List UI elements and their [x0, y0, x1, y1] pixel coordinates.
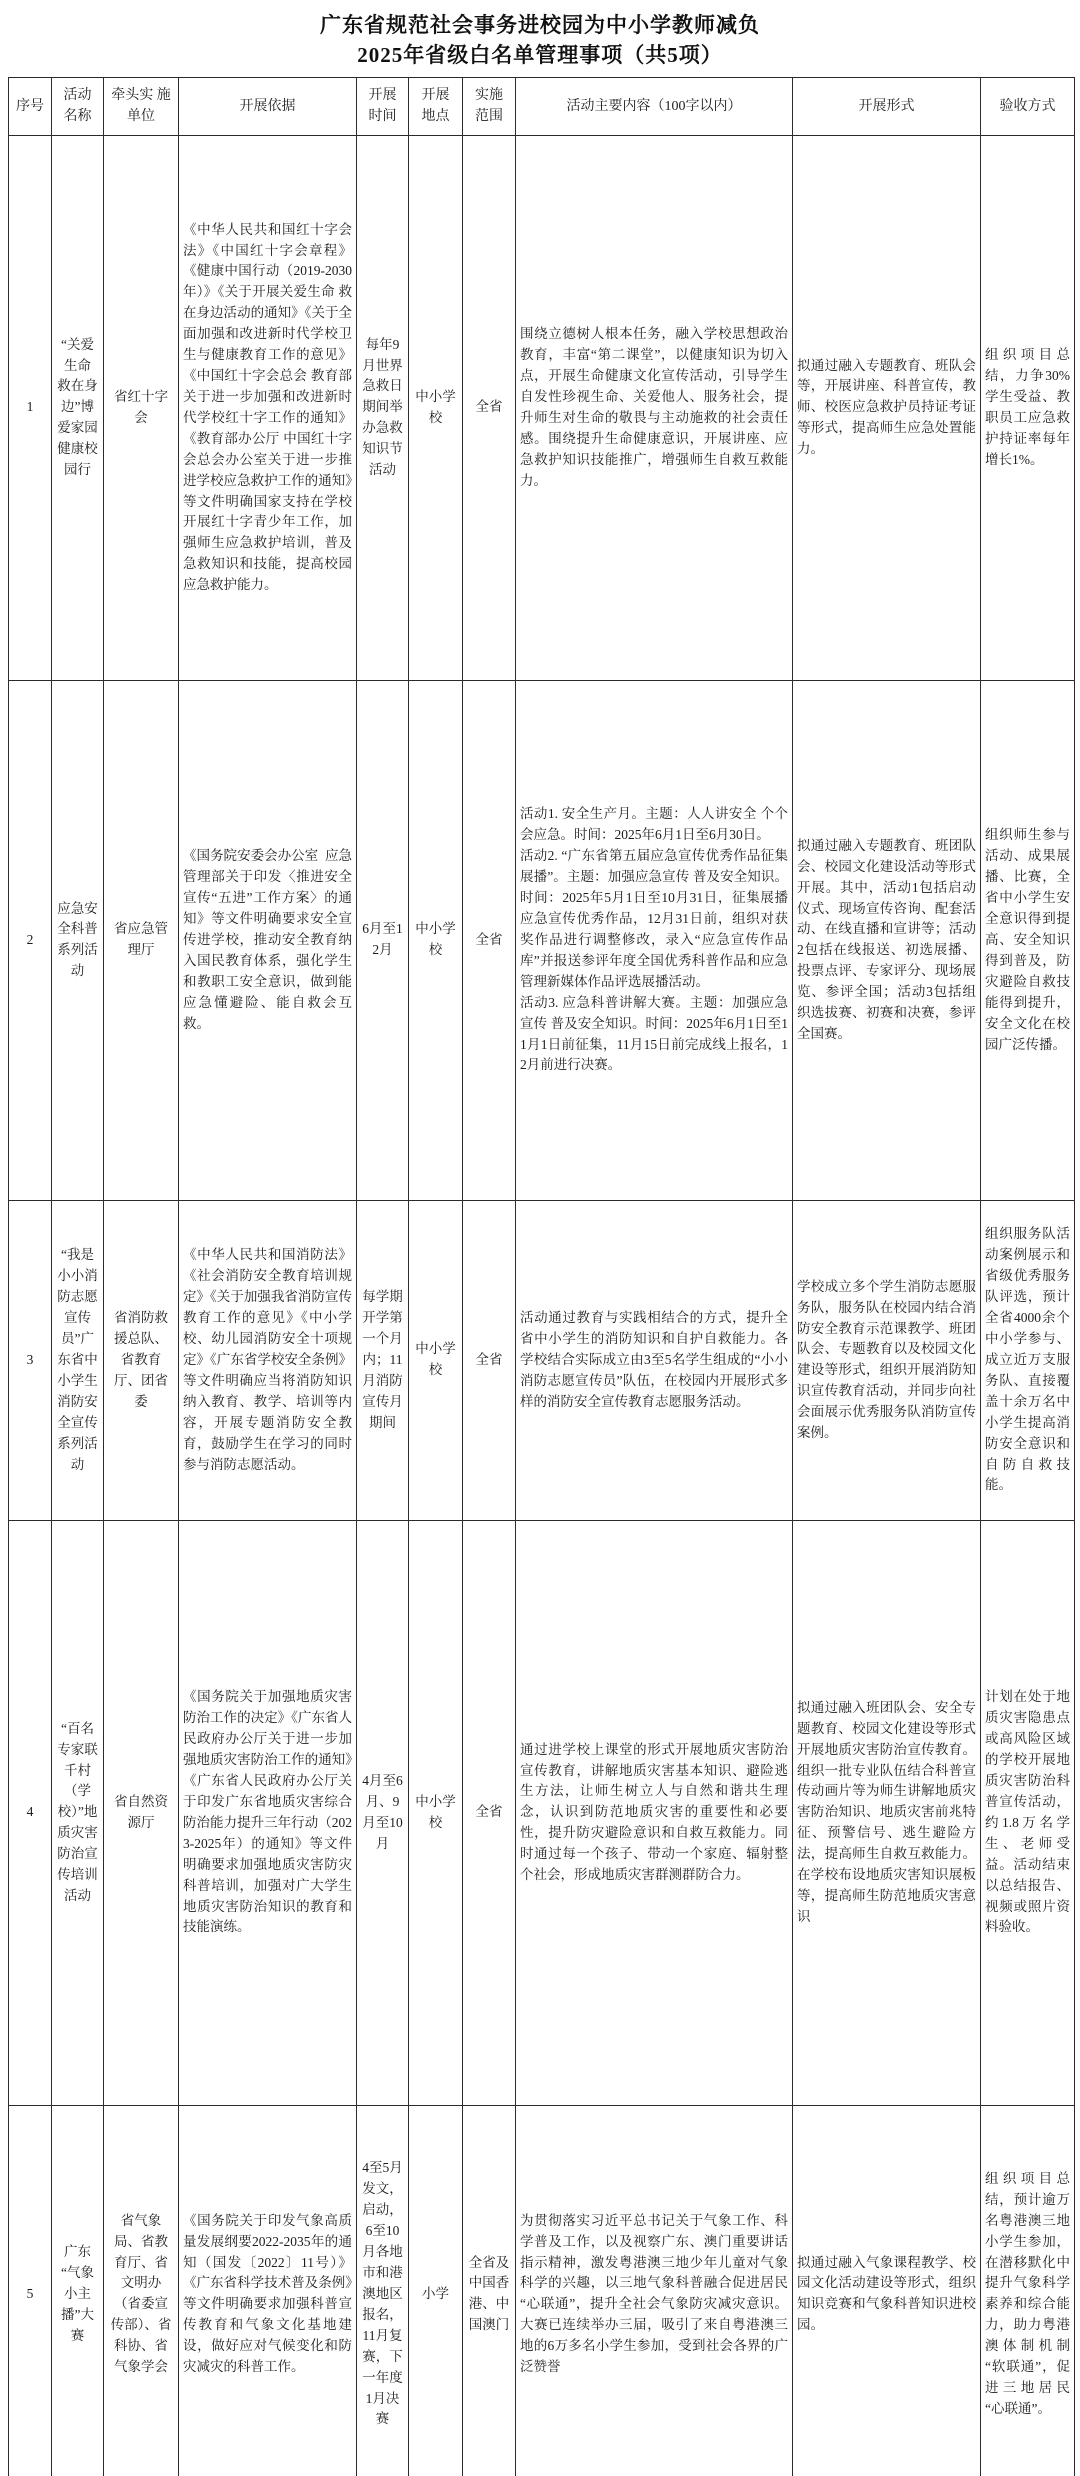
cell-check: 计划在处于地质灾害隐患点或高风险区域的学校开展地质灾害防治科普宣传活动，约1.8… — [981, 1520, 1075, 2105]
header-content: 活动主要内容（100字以内） — [516, 77, 793, 135]
header-lead-unit: 牵头实 施单位 — [104, 77, 179, 135]
document-title: 广东省规范社会事务进校园为中小学教师减负 2025年省级白名单管理事项（共5项） — [0, 0, 1080, 71]
cell-lead-unit: 省红十字会 — [104, 135, 179, 680]
cell-time: 每学期开学第一个月内；11月消防宣传月期间 — [357, 1200, 409, 1520]
cell-content: 为贯彻落实习近平总书记关于气象工作、科学普及工作，以及视察广东、澳门重要讲话指示… — [516, 2105, 793, 2476]
cell-place: 中小学校 — [409, 135, 463, 680]
whitelist-table: 序号 活动 名称 牵头实 施单位 开展依据 开展 时间 开展 地点 实施 范围 … — [8, 77, 1075, 2476]
header-form: 开展形式 — [793, 77, 981, 135]
cell-scope: 全省 — [463, 680, 516, 1200]
cell-form: 拟通过融入专题教育、班团队会、校园文化建设活动等形式开展。其中，活动1包括启动仪… — [793, 680, 981, 1200]
cell-activity-name: 应急安全科普系列活动 — [52, 680, 104, 1200]
cell-place: 中小学校 — [409, 1520, 463, 2105]
cell-content: 活动1. 安全生产月。主题：人人讲安全 个个会应急。时间：2025年6月1日至6… — [516, 680, 793, 1200]
header-time: 开展 时间 — [357, 77, 409, 135]
cell-serial: 1 — [9, 135, 52, 680]
cell-basis: 《中华人民共和国红十字会法》《中国红十字会章程》《健康中国行动（2019-203… — [179, 135, 357, 680]
cell-serial: 3 — [9, 1200, 52, 1520]
cell-basis: 《国务院安委会办公室 应急管理部关于印发〈推进安全宣传“五进”工作方案〉的通知》… — [179, 680, 357, 1200]
cell-form: 拟通过融入专题教育、班队会等，开展讲座、科普宣传，教师、校医应急救护员持证考证等… — [793, 135, 981, 680]
header-serial: 序号 — [9, 77, 52, 135]
cell-time: 4月至6月、9月至10月 — [357, 1520, 409, 2105]
cell-lead-unit: 省应急管理厅 — [104, 680, 179, 1200]
cell-form: 拟通过融入气象课程教学、校园文化活动建设等形式，组织知识竞赛和气象科普知识进校园… — [793, 2105, 981, 2476]
cell-check: 组织服务队活动案例展示和省级优秀服务队评选，预计全省4000余个中小学参与、成立… — [981, 1200, 1075, 1520]
cell-time: 每年9月世界急救日期间举办急救知识节活动 — [357, 135, 409, 680]
cell-content: 围绕立德树人根本任务，融入学校思想政治教育，丰富“第二课堂”，以健康知识为切入点… — [516, 135, 793, 680]
cell-basis: 《国务院关于印发气象高质量发展纲要2022-2035年的通知（国发〔2022〕1… — [179, 2105, 357, 2476]
table-row: 5 广东“气象小主播”大赛 省气象局、省教育厅、省文明办（省委宣传部）、省科协、… — [9, 2105, 1075, 2476]
table-row: 4 “百名专家联千村（学校）”地质灾害防治宣传培训活动 省自然资源厅 《国务院关… — [9, 1520, 1075, 2105]
cell-lead-unit: 省消防救援总队、省教育厅、团省委 — [104, 1200, 179, 1520]
cell-basis: 《中华人民共和国消防法》《社会消防安全教育培训规定》《关于加强我省消防宣传教育工… — [179, 1200, 357, 1520]
cell-scope: 全省 — [463, 1200, 516, 1520]
cell-activity-name: “我是小小消防志愿宣传员”广东省中小学生消防安全宣传系列活动 — [52, 1200, 104, 1520]
cell-basis: 《国务院关于加强地质灾害防治工作的决定》《广东省人民政府办公厅关于进一步加强地质… — [179, 1520, 357, 2105]
cell-activity-name: “百名专家联千村（学校）”地质灾害防治宣传培训活动 — [52, 1520, 104, 2105]
cell-place: 中小学校 — [409, 680, 463, 1200]
cell-scope: 全省及中国香港、中国澳门 — [463, 2105, 516, 2476]
document-page: 广东省规范社会事务进校园为中小学教师减负 2025年省级白名单管理事项（共5项）… — [0, 0, 1080, 2476]
table-row: 2 应急安全科普系列活动 省应急管理厅 《国务院安委会办公室 应急管理部关于印发… — [9, 680, 1075, 1200]
header-place: 开展 地点 — [409, 77, 463, 135]
cell-lead-unit: 省自然资源厅 — [104, 1520, 179, 2105]
cell-serial: 4 — [9, 1520, 52, 2105]
cell-serial: 5 — [9, 2105, 52, 2476]
cell-time: 6月至12月 — [357, 680, 409, 1200]
cell-time: 4至5月发文，启动，6至10月各地市和港澳地区报名，11月复赛，下一年度1月决赛 — [357, 2105, 409, 2476]
cell-lead-unit: 省气象局、省教育厅、省文明办（省委宣传部）、省科协、省气象学会 — [104, 2105, 179, 2476]
header-row: 序号 活动 名称 牵头实 施单位 开展依据 开展 时间 开展 地点 实施 范围 … — [9, 77, 1075, 135]
cell-place: 小学 — [409, 2105, 463, 2476]
header-check: 验收方式 — [981, 77, 1075, 135]
cell-check: 组织项目总结，力争30%学生受益、教职员工应急救护持证率每年增长1%。 — [981, 135, 1075, 680]
title-line-2: 2025年省级白名单管理事项（共5项） — [0, 40, 1080, 70]
cell-place: 中小学校 — [409, 1200, 463, 1520]
cell-activity-name: “关爱生命 救在身边”博爱家园健康校园行 — [52, 135, 104, 680]
cell-activity-name: 广东“气象小主播”大赛 — [52, 2105, 104, 2476]
cell-form: 学校成立多个学生消防志愿服务队，服务队在校园内结合消防安全教育示范课教学、班团队… — [793, 1200, 981, 1520]
cell-form: 拟通过融入班团队会、安全专题教育、校园文化建设等形式开展地质灾害防治宣传教育。组… — [793, 1520, 981, 2105]
cell-scope: 全省 — [463, 135, 516, 680]
cell-content: 活动通过教育与实践相结合的方式，提升全省中小学生的消防知识和自护自救能力。各学校… — [516, 1200, 793, 1520]
cell-check: 组织项目总结，预计逾万名粤港澳三地小学生参加，在潜移默化中提升气象科学素养和综合… — [981, 2105, 1075, 2476]
header-basis: 开展依据 — [179, 77, 357, 135]
header-activity-name: 活动 名称 — [52, 77, 104, 135]
cell-scope: 全省 — [463, 1520, 516, 2105]
table-row: 3 “我是小小消防志愿宣传员”广东省中小学生消防安全宣传系列活动 省消防救援总队… — [9, 1200, 1075, 1520]
cell-serial: 2 — [9, 680, 52, 1200]
cell-check: 组织师生参与活动、成果展播、比赛，全省中小学生安全意识得到提高、安全知识得到普及… — [981, 680, 1075, 1200]
title-line-1: 广东省规范社会事务进校园为中小学教师减负 — [0, 10, 1080, 40]
table-row: 1 “关爱生命 救在身边”博爱家园健康校园行 省红十字会 《中华人民共和国红十字… — [9, 135, 1075, 680]
header-scope: 实施 范围 — [463, 77, 516, 135]
cell-content: 通过进学校上课堂的形式开展地质灾害防治宣传教育，讲解地质灾害基本知识、避险逃生方… — [516, 1520, 793, 2105]
